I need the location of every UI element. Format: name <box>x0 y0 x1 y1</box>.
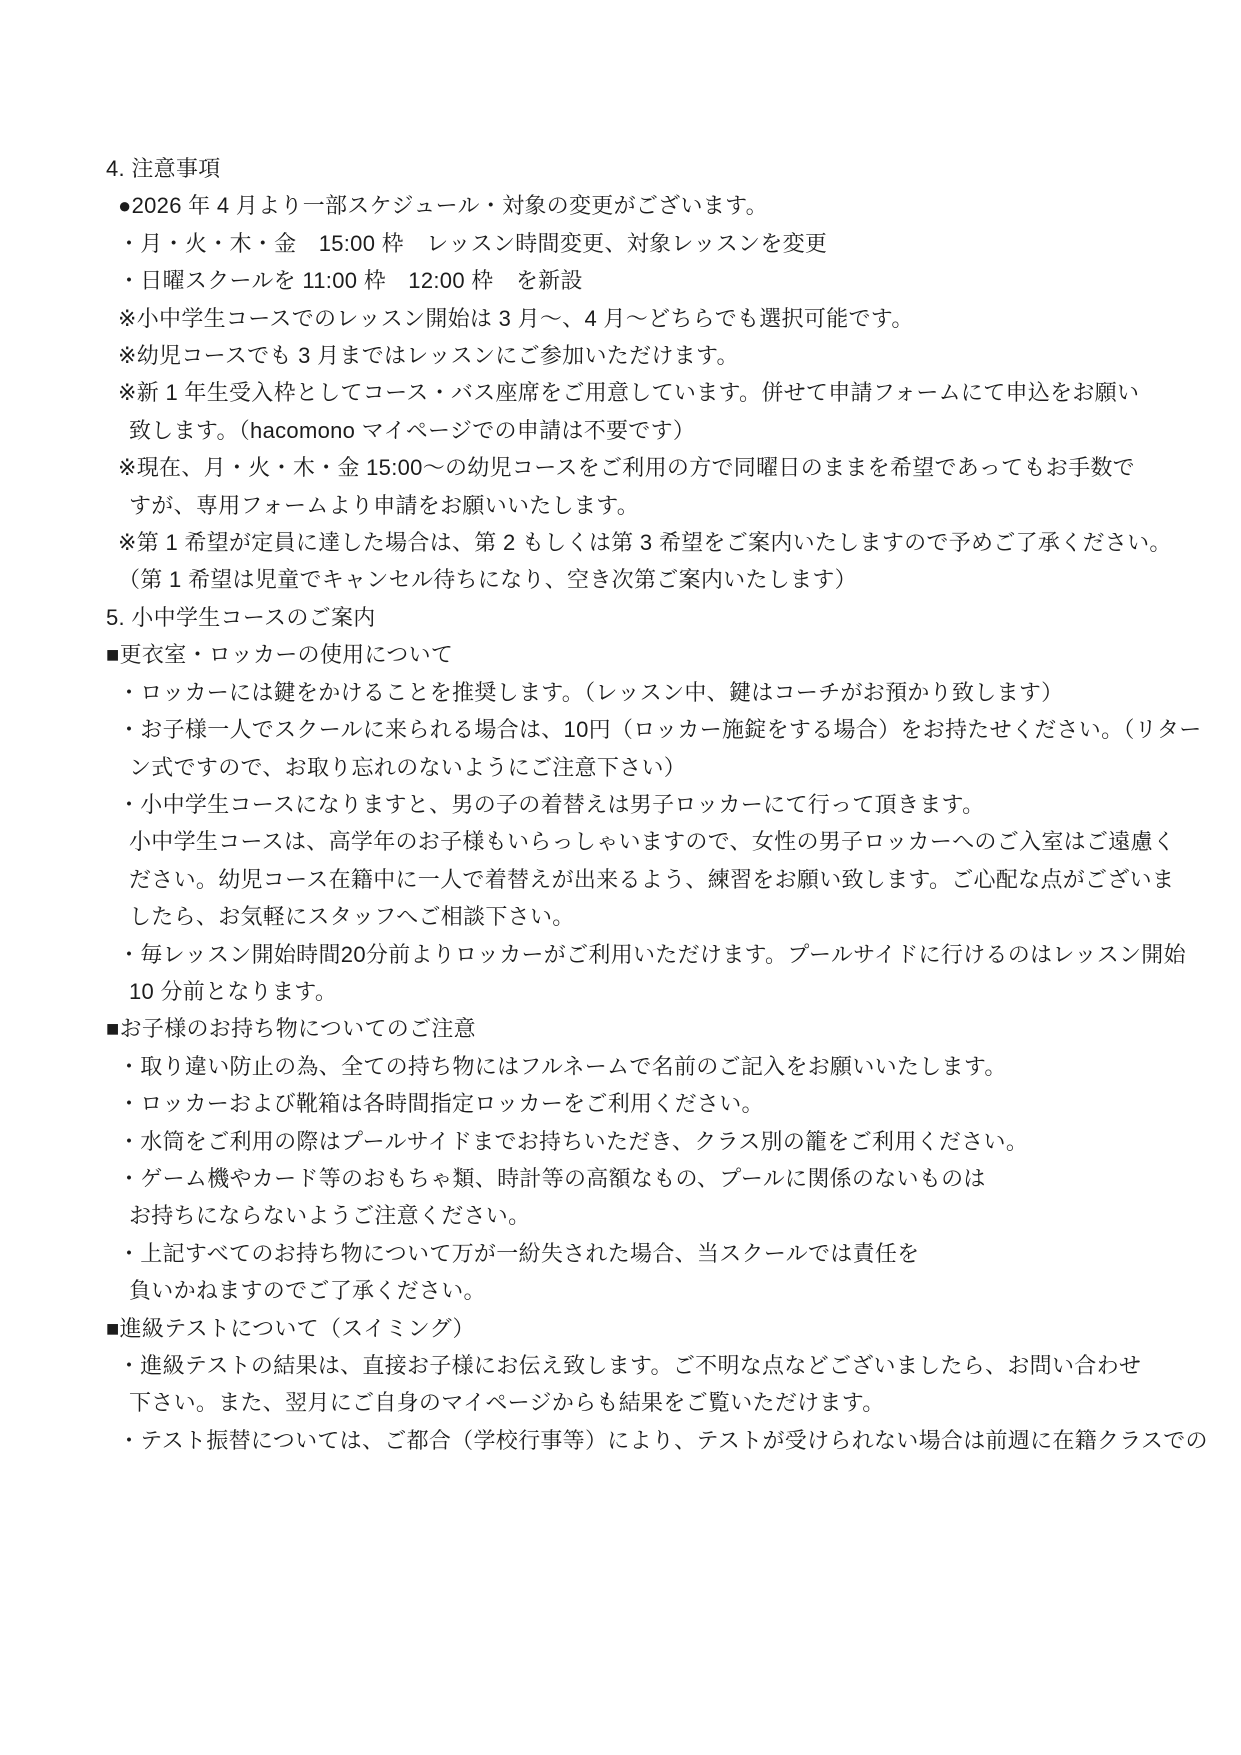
text-line: ※現在、月・火・木・金 15:00～の幼児コースをご利用の方で同曜日のままを希望… <box>106 449 1201 486</box>
text-line: ※小中学生コースでのレッスン開始は 3 月～、4 月～どちらでも選択可能です。 <box>106 300 1201 337</box>
text-line: ・進級テストの結果は、直接お子様にお伝え致します。ご不明な点などございましたら、… <box>106 1347 1201 1384</box>
text-line: ・お子様一人でスクールに来られる場合は、10円（ロッカー施錠をする場合）をお持た… <box>106 711 1201 748</box>
text-line: お持ちにならないようご注意ください。 <box>106 1197 1201 1234</box>
text-line: すが、専用フォームより申請をお願いいたします。 <box>106 487 1201 524</box>
text-line: ・日曜スクールを 11:00 枠 12:00 枠 を新設 <box>106 262 1201 299</box>
text-line: ・ロッカーおよび靴箱は各時間指定ロッカーをご利用ください。 <box>106 1085 1201 1122</box>
text-line: ・テスト振替については、ご都合（学校行事等）により、テストが受けられない場合は前… <box>106 1422 1201 1459</box>
text-line: ・小中学生コースになりますと、男の子の着替えは男子ロッカーにて行って頂きます。 <box>106 786 1201 823</box>
text-line: 負いかねますのでご了承ください。 <box>106 1272 1201 1309</box>
text-line: （第 1 希望は児童でキャンセル待ちになり、空き次第ご案内いたします） <box>106 561 1201 598</box>
belongings-subsection-heading: ■お子様のお持ち物についてのご注意 <box>106 1010 1201 1047</box>
text-line: ●2026 年 4 月より一部スケジュール・対象の変更がございます。 <box>106 187 1201 224</box>
text-line: ・ゲーム機やカード等のおもちゃ類、時計等の高額なもの、プールに関係のないものは <box>106 1160 1201 1197</box>
text-line: ・水筒をご利用の際はプールサイドまでお持ちいただき、クラス別の籠をご利用ください… <box>106 1123 1201 1160</box>
text-line: 小中学生コースは、高学年のお子様もいらっしゃいますので、女性の男子ロッカーへのご… <box>106 823 1201 860</box>
section5-heading: 5. 小中学生コースのご案内 <box>106 599 1201 636</box>
text-line: 下さい。また、翌月にご自身のマイページからも結果をご覧いただけます。 <box>106 1384 1201 1421</box>
locker-subsection-heading: ■更衣室・ロッカーの使用について <box>106 636 1201 673</box>
text-line: 致します。（hacomono マイページでの申請は不要です） <box>106 412 1201 449</box>
text-line: ※幼児コースでも 3 月まではレッスンにご参加いただけます。 <box>106 337 1201 374</box>
text-line: したら、お気軽にスタッフへご相談下さい。 <box>106 898 1201 935</box>
document-page: 4. 注意事項 ●2026 年 4 月より一部スケジュール・対象の変更がございま… <box>0 0 1241 1755</box>
section4-heading: 4. 注意事項 <box>106 150 1201 187</box>
text-line: ・取り違い防止の為、全ての持ち物にはフルネームで名前のご記入をお願いいたします。 <box>106 1048 1201 1085</box>
text-line: ※第 1 希望が定員に達した場合は、第 2 もしくは第 3 希望をご案内いたしま… <box>106 524 1201 561</box>
text-line: ・ロッカーには鍵をかけることを推奨します。（レッスン中、鍵はコーチがお預かり致し… <box>106 674 1201 711</box>
test-subsection-heading: ■進級テストについて（スイミング） <box>106 1310 1201 1347</box>
text-line: ※新 1 年生受入枠としてコース・バス座席をご用意しています。併せて申請フォーム… <box>106 374 1201 411</box>
text-line: ・月・火・木・金 15:00 枠 レッスン時間変更、対象レッスンを変更 <box>106 225 1201 262</box>
text-line: ・毎レッスン開始時間20分前よりロッカーがご利用いただけます。プールサイドに行け… <box>106 936 1201 973</box>
text-line: ださい。幼児コース在籍中に一人で着替えが出来るよう、練習をお願い致します。ご心配… <box>106 861 1201 898</box>
text-line: 10 分前となります。 <box>106 973 1201 1010</box>
text-line: ン式ですので、お取り忘れのないようにご注意下さい） <box>106 749 1201 786</box>
text-line: ・上記すべてのお持ち物について万が一紛失された場合、当スクールでは責任を <box>106 1235 1201 1272</box>
